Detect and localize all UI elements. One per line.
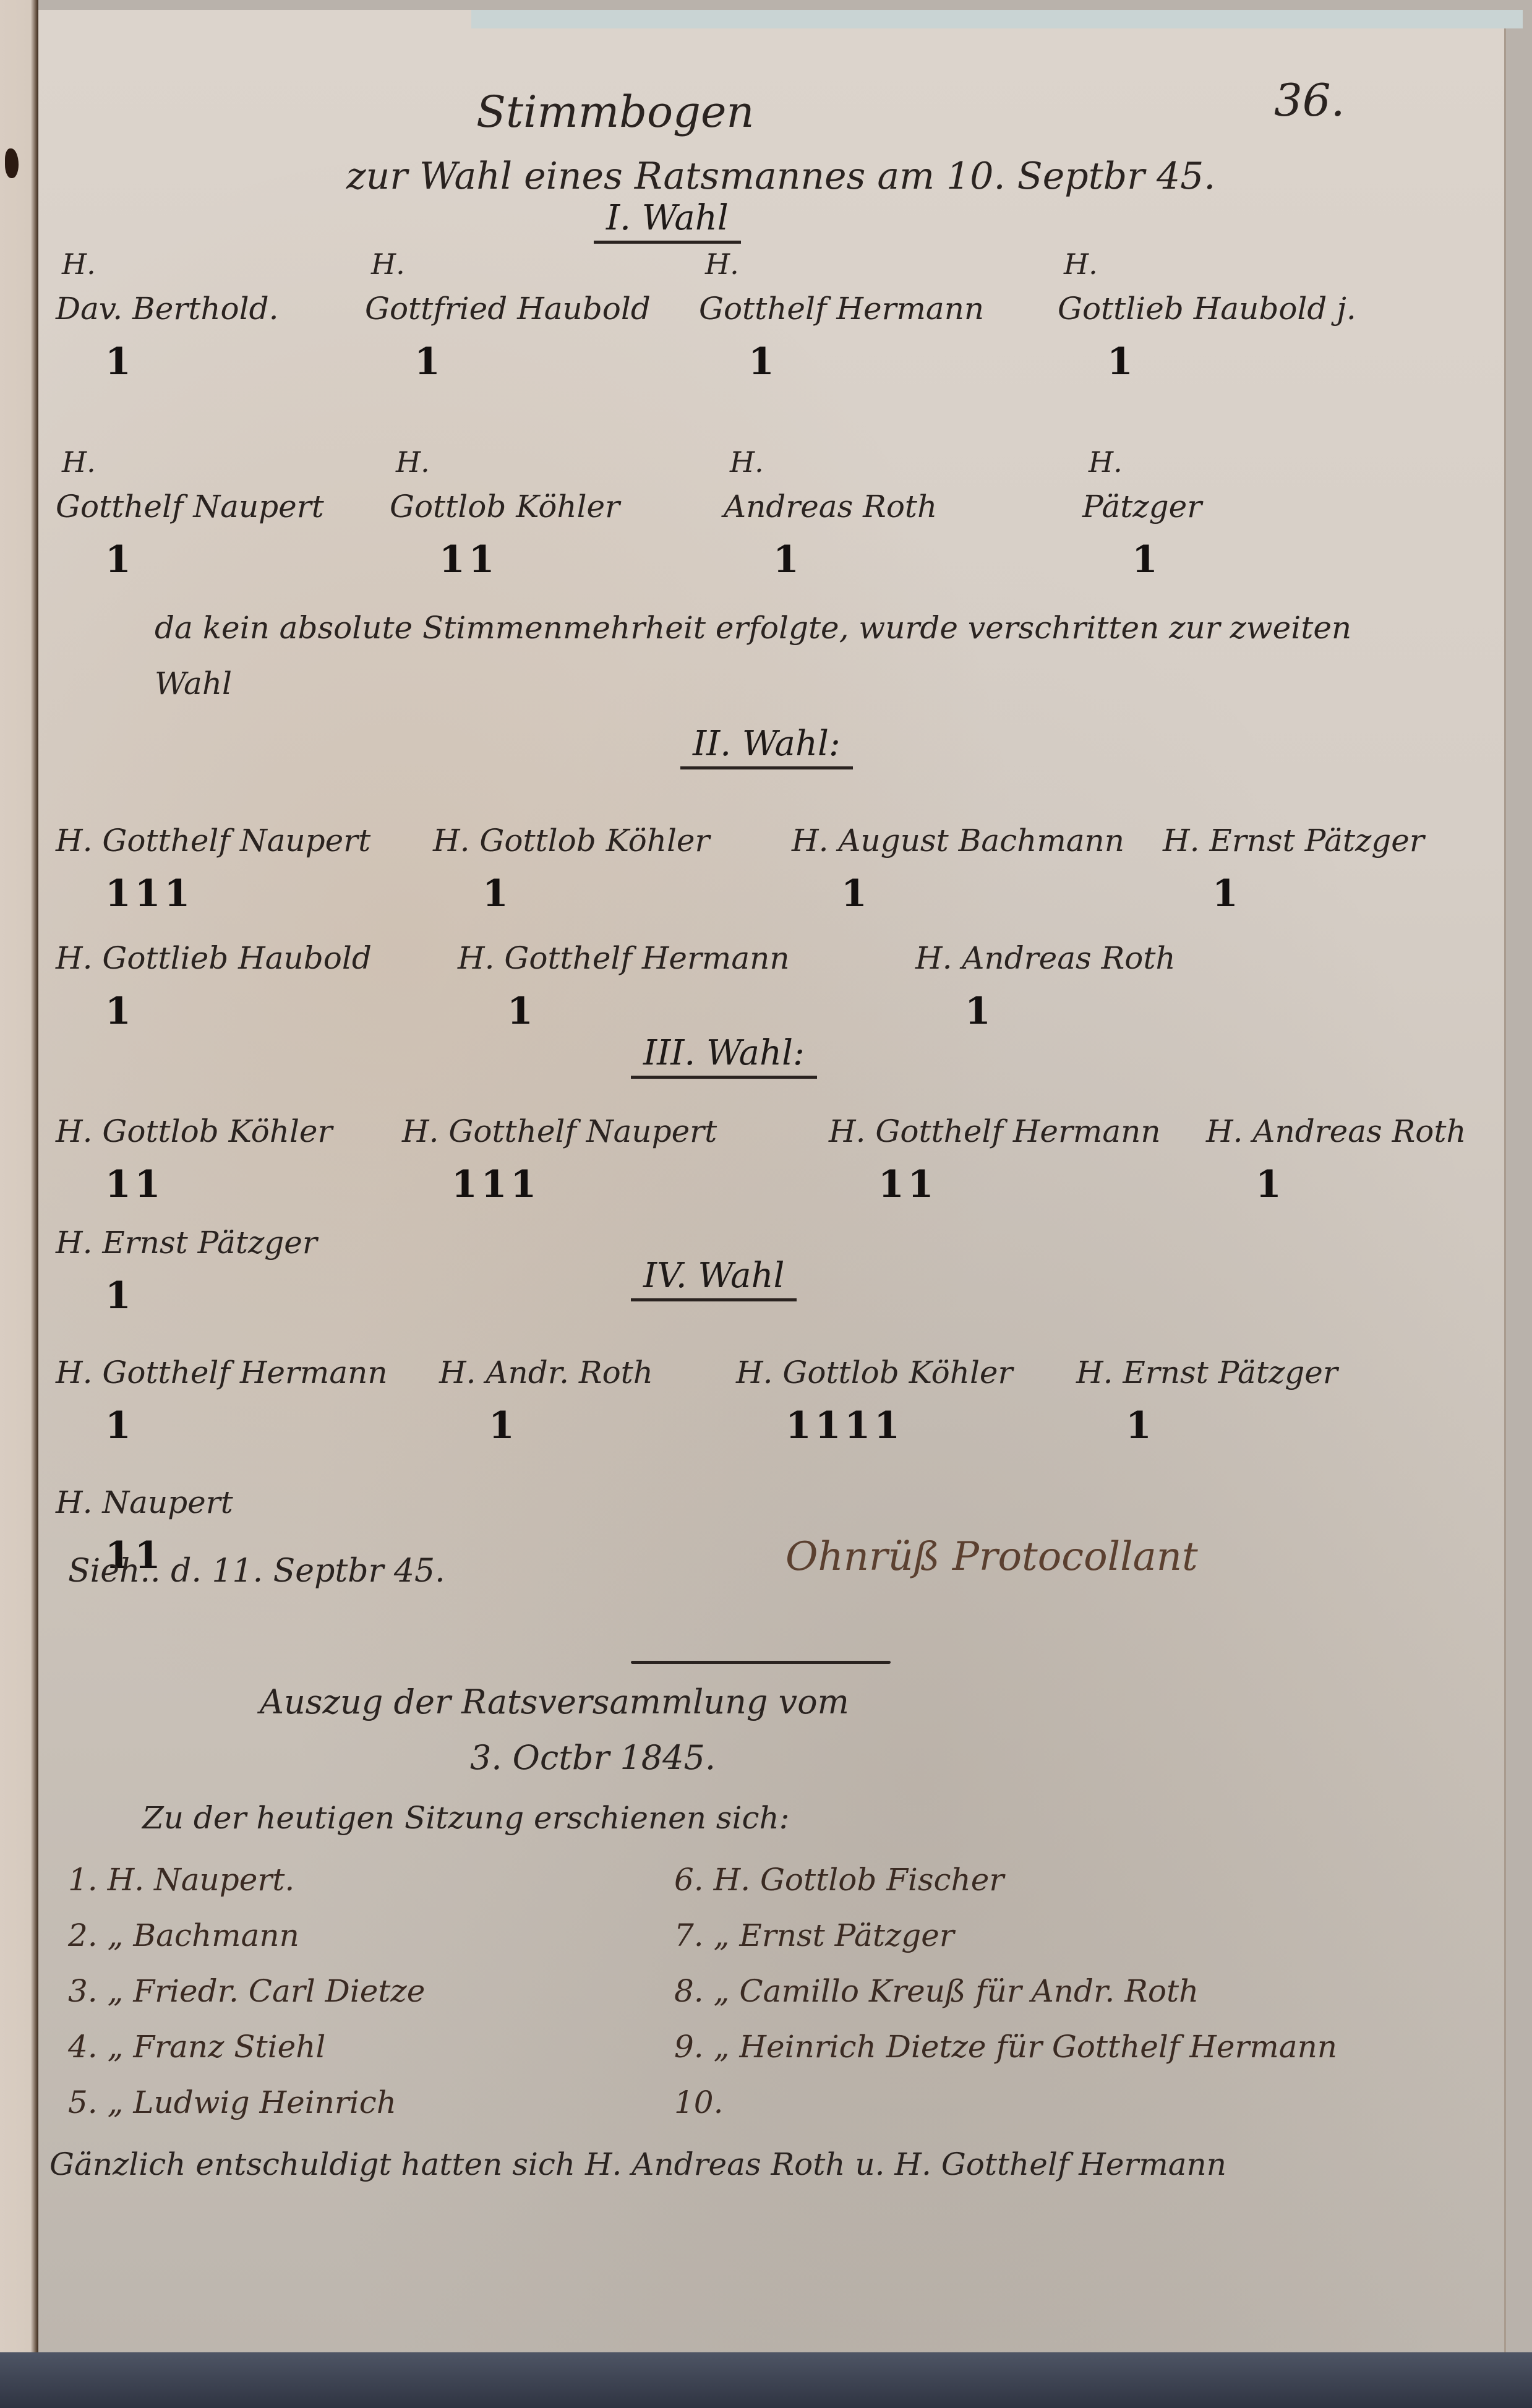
title-abbreviation: H.	[1089, 445, 1123, 479]
vote-tally: 11	[878, 1163, 938, 1206]
round-1-row-1: H. Dav. Berthold. 1 H. Gottfried Haubold…	[56, 291, 1478, 414]
candidate-name: August Bachmann	[838, 823, 1124, 859]
candidate-entry: H. Andr. Roth 1	[439, 1355, 653, 1390]
title-abbreviation: H.	[730, 445, 764, 479]
candidate-name: Gotthelf Naupert	[56, 489, 324, 525]
candidate-name: Andr. Roth	[486, 1355, 653, 1390]
title-abbreviation: H.	[792, 823, 829, 859]
attendee-item: 1. H. Naupert.	[68, 1862, 294, 1898]
candidate-entry: H. Gottlieb Haubold j. 1	[1058, 291, 1356, 327]
candidate-entry: H. Gottlob Köhler 11	[56, 1113, 332, 1149]
vote-tally: 1	[841, 872, 871, 915]
title-abbreviation: H.	[1064, 247, 1098, 281]
round-1-heading: I. Wahl	[594, 198, 741, 244]
vote-tally: 1111	[785, 1404, 904, 1447]
extract-date: 3. Octbr 1845.	[470, 1738, 716, 1777]
candidate-entry: H. Gottfried Haubold 1	[365, 291, 651, 327]
background-surface	[0, 2352, 1532, 2408]
attendee-item: 3. „ Friedr. Carl Dietze	[68, 1973, 425, 2009]
attendee-item: 5. „ Ludwig Heinrich	[68, 2085, 396, 2120]
vote-tally: 1	[105, 1404, 135, 1447]
candidate-name: Gotthelf Hermann	[504, 940, 789, 976]
candidate-entry: H. Gottlieb Haubold 1	[56, 940, 372, 976]
vote-tally: 1	[507, 990, 537, 1033]
vote-tally: 1	[748, 340, 778, 383]
vote-tally: 1	[482, 872, 512, 915]
page-top-edge	[471, 10, 1523, 28]
round-3-heading: III. Wahl:	[631, 1033, 817, 1079]
candidate-name: Andreas Roth	[962, 940, 1175, 976]
vote-tally: 1	[773, 538, 803, 581]
title-abbreviation: H.	[371, 247, 405, 281]
vote-tally: 1	[1132, 538, 1162, 581]
candidate-name: Gotthelf Naupert	[102, 823, 370, 859]
vote-tally: 1	[1126, 1404, 1155, 1447]
candidate-entry: H. Pätzger 1	[1082, 489, 1202, 525]
title-abbreviation: H.	[829, 1113, 866, 1149]
candidate-name: Gottlieb Haubold	[102, 940, 371, 976]
round-2-heading: II. Wahl:	[680, 724, 853, 769]
vote-tally: 111	[451, 1163, 540, 1206]
candidate-name: Naupert	[102, 1485, 233, 1520]
candidate-name: Gottfried Haubold	[365, 291, 651, 327]
candidate-entry: H. August Bachmann 1	[792, 823, 1124, 859]
title-abbreviation: H.	[62, 445, 96, 479]
vote-tally: 1	[965, 990, 995, 1033]
candidate-entry: H. Andreas Roth 1	[1206, 1113, 1466, 1149]
candidate-entry: H. Gotthelf Hermann 1	[699, 291, 984, 327]
title-abbreviation: H.	[705, 247, 739, 281]
candidate-name: Gotthelf Hermann	[102, 1355, 387, 1390]
round-1-note: da kein absolute Stimmenmehrheit erfolgt…	[155, 600, 1392, 711]
vote-tally: 1	[414, 340, 444, 383]
title-abbreviation: H.	[56, 1485, 93, 1520]
title-abbreviation: H.	[56, 823, 93, 859]
title-abbreviation: H.	[402, 1113, 439, 1149]
round-2-row-1: H. Gotthelf Naupert 111 H. Gottlob Köhle…	[56, 823, 1478, 946]
excused-line: Gänzlich entschuldigt hatten sich H. And…	[49, 2146, 1226, 2182]
document-title: Stimmbogen	[476, 87, 755, 137]
candidate-entry: H. Ernst Pätzger 1	[1163, 823, 1424, 859]
extract-intro: Zu der heutigen Sitzung erschienen sich:	[142, 1800, 790, 1836]
extract-heading: Auszug der Ratsversammlung vom	[260, 1682, 849, 1721]
title-abbreviation: H.	[915, 940, 952, 976]
vote-tally: 1	[489, 1404, 518, 1447]
vote-tally: 1	[1212, 872, 1242, 915]
vote-tally: 1	[105, 340, 135, 383]
candidate-name: Gotthelf Hermann	[699, 291, 984, 327]
candidate-name: Gottlob Köhler	[479, 823, 709, 859]
candidate-entry: H. Gottlob Köhler 11	[390, 489, 620, 525]
title-abbreviation: H.	[1206, 1113, 1243, 1149]
round-4-row-2: H. Naupert 11	[56, 1485, 1478, 1608]
vote-tally: 11	[105, 1163, 165, 1206]
title-abbreviation: H.	[56, 940, 93, 976]
candidate-name: Gotthelf Naupert	[448, 1113, 717, 1149]
candidate-name: Andreas Roth	[1252, 1113, 1466, 1149]
round-4-heading: IV. Wahl	[631, 1256, 797, 1301]
title-abbreviation: H.	[1163, 823, 1200, 859]
candidate-entry: H. Gottlob Köhler 1	[433, 823, 709, 859]
candidate-entry: H. Gottlob Köhler 1111	[736, 1355, 1012, 1390]
candidate-entry: H. Gotthelf Naupert 111	[402, 1113, 717, 1149]
candidate-entry: H. Ernst Pätzger 1	[56, 1225, 317, 1261]
candidate-name: Ernst Pätzger	[102, 1225, 317, 1261]
candidate-entry: H. Gotthelf Naupert 1	[56, 489, 324, 525]
title-abbreviation: H.	[433, 823, 470, 859]
facing-page-edge	[0, 0, 38, 2408]
attendee-item: 8. „ Camillo Kreuß für Andr. Roth	[674, 1973, 1199, 2009]
candidate-entry: H. Gotthelf Hermann 11	[829, 1113, 1161, 1149]
attendee-item: 6. H. Gottlob Fischer	[674, 1862, 1004, 1898]
candidate-entry: H. Gotthelf Naupert 111	[56, 823, 370, 859]
title-abbreviation: H.	[439, 1355, 476, 1390]
candidate-name: Pätzger	[1082, 489, 1202, 525]
attendee-item: 2. „ Bachmann	[68, 1917, 299, 1953]
candidate-entry: H. Gotthelf Hermann 1	[56, 1355, 388, 1390]
separator-line	[631, 1661, 891, 1664]
title-abbreviation: H.	[62, 247, 96, 281]
title-abbreviation: H.	[56, 1113, 93, 1149]
title-abbreviation: H.	[56, 1355, 93, 1390]
vote-tally: 1	[105, 1274, 135, 1318]
candidate-name: Dav. Berthold.	[56, 291, 279, 327]
place-date: Sieh.. d. 11. Septbr 45.	[68, 1553, 445, 1590]
candidate-name: Gottlob Köhler	[390, 489, 620, 525]
vote-tally: 1	[1107, 340, 1137, 383]
candidate-name: Gottlob Köhler	[102, 1113, 332, 1149]
attendee-item: 4. „ Franz Stiehl	[68, 2029, 325, 2065]
vote-tally: 111	[105, 872, 194, 915]
vote-tally: 1	[105, 990, 135, 1033]
protocol-signature: Ohnrüß Protocollant	[785, 1534, 1198, 1580]
attendee-item: 9. „ Heinrich Dietze für Gotthelf Herman…	[674, 2029, 1337, 2065]
candidate-entry: H. Ernst Pätzger 1	[1076, 1355, 1338, 1390]
ink-blot	[5, 148, 19, 178]
vote-tally: 1	[105, 538, 135, 581]
title-abbreviation: H.	[458, 940, 495, 976]
candidate-name: Gottlieb Haubold j.	[1058, 291, 1356, 327]
title-abbreviation: H.	[56, 1225, 93, 1261]
attendee-item: 7. „ Ernst Pätzger	[674, 1917, 954, 1953]
candidate-name: Ernst Pätzger	[1123, 1355, 1337, 1390]
candidate-entry: H. Gotthelf Hermann 1	[458, 940, 790, 976]
title-abbreviation: H.	[736, 1355, 773, 1390]
document-subtitle: zur Wahl eines Ratsmannes am 10. Septbr …	[346, 155, 1215, 198]
candidate-entry: H. Andreas Roth 1	[915, 940, 1176, 976]
candidate-name: Ernst Pätzger	[1209, 823, 1424, 859]
candidate-entry: H. Dav. Berthold. 1	[56, 291, 279, 327]
title-abbreviation: H.	[1076, 1355, 1113, 1390]
candidate-name: Gotthelf Hermann	[875, 1113, 1160, 1149]
vote-tally: 1	[1256, 1163, 1285, 1206]
title-abbreviation: H.	[396, 445, 430, 479]
round-1-row-2: H. Gotthelf Naupert 1 H. Gottlob Köhler …	[56, 489, 1478, 612]
candidate-name: Andreas Roth	[724, 489, 937, 525]
round-3-row-1: H. Gottlob Köhler 11 H. Gotthelf Naupert…	[56, 1113, 1478, 1237]
candidate-name: Gottlob Köhler	[782, 1355, 1012, 1390]
page-number: 36.	[1274, 74, 1345, 126]
round-4-row-1: H. Gotthelf Hermann 1 H. Andr. Roth 1 H.…	[56, 1355, 1478, 1478]
attendee-item: 10.	[674, 2085, 724, 2120]
candidate-entry: H. Naupert 11	[56, 1485, 233, 1520]
candidate-entry: H. Andreas Roth 1	[724, 489, 937, 525]
vote-tally: 11	[439, 538, 499, 581]
